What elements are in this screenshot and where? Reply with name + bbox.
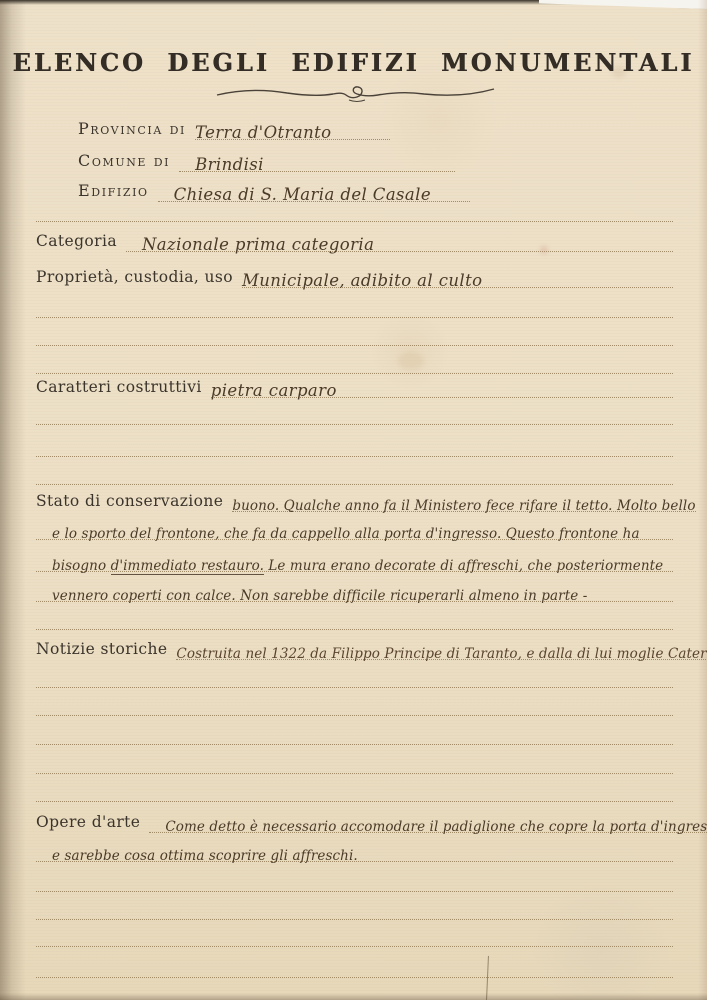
dotted-rule: [36, 705, 673, 716]
blank-rule: [36, 925, 673, 947]
stato-value-1: buono. Qualche anno fa il Ministero fece…: [232, 498, 695, 514]
opere-line-1: Come detto è necessario accomodare il pa…: [149, 819, 707, 833]
opere-value-1: Come detto è necessario accomodare il pa…: [149, 819, 707, 835]
provincia-value: Terra d'Otranto: [195, 123, 332, 142]
dotted-rule: [36, 211, 673, 222]
notizie-value: Costruita nel 1322 da Filippo Principe d…: [176, 646, 707, 662]
blank-rule: [36, 296, 673, 318]
field-notizie: Notizie storiche Costruita nel 1322 da F…: [36, 634, 673, 660]
caratteri-label: Caratteri costruttivi: [36, 378, 202, 398]
blank-rule: [36, 870, 673, 892]
dotted-rule: [36, 446, 673, 457]
stato-line-1: buono. Qualche anno fa il Ministero fece…: [232, 498, 695, 512]
categoria-value: Nazionale prima categoria: [126, 235, 374, 254]
opere-label: Opere d'arte: [36, 813, 140, 833]
notizie-label: Notizie storiche: [36, 640, 167, 660]
dotted-rule: [36, 909, 673, 920]
dotted-rule: [36, 474, 673, 485]
stato-value-2: e lo sporto del frontone, che fa da capp…: [36, 526, 640, 542]
dotted-rule: [36, 967, 673, 978]
document-page: ELENCO DEGLI EDIFIZI MONUMENTALI Provinc…: [0, 0, 707, 1000]
blank-rule: [36, 956, 673, 978]
proprieta-label: Proprietà, custodia, uso: [36, 268, 233, 288]
stato-value-3-post: Le mura erano decorate di affreschi, che…: [264, 558, 663, 574]
edifizio-label: Edifizio: [78, 181, 149, 202]
dotted-rule: [36, 677, 673, 688]
blank-rule: [36, 200, 673, 222]
dotted-rule: [36, 307, 673, 318]
stato-value-3: bisogno d'immediato restauro. Le mura er…: [36, 558, 663, 574]
field-categoria: Categoria Nazionale prima categoria: [36, 226, 673, 252]
field-opere: Opere d'arte Come detto è necessario acc…: [36, 807, 673, 833]
blank-rule: [36, 723, 673, 745]
blank-rule: [36, 666, 673, 688]
blank-rule: [36, 752, 673, 774]
field-stato-cont: bisogno d'immediato restauro. Le mura er…: [36, 546, 673, 572]
comune-label: Comune di: [78, 151, 170, 172]
dotted-rule: [36, 619, 673, 630]
blank-rule: [36, 694, 673, 716]
comune-line: Brindisi: [179, 155, 455, 172]
flourish-icon: [209, 84, 499, 106]
field-stato-cont: vennero coperti con calce. Non sarebbe d…: [36, 576, 673, 602]
dotted-rule: [36, 881, 673, 892]
dotted-rule: [36, 791, 673, 802]
caratteri-line: pietra carparo: [211, 381, 673, 398]
blank-rule: [36, 352, 673, 374]
categoria-line: Nazionale prima categoria: [126, 235, 673, 252]
stato-line-3: bisogno d'immediato restauro. Le mura er…: [36, 558, 673, 572]
scan-edge-bottom: [0, 993, 707, 1000]
blank-rule: [36, 898, 673, 920]
blank-rule: [36, 324, 673, 346]
dotted-rule: [36, 936, 673, 947]
categoria-label: Categoria: [36, 232, 117, 252]
stato-value-3-pre: bisogno: [52, 558, 111, 574]
field-stato: Stato di conservazione buono. Qualche an…: [36, 486, 673, 512]
blank-rule: [36, 435, 673, 457]
proprieta-line: Municipale, adibito al culto: [242, 271, 673, 288]
dotted-rule: [36, 763, 673, 774]
blank-rule: [36, 608, 673, 630]
stato-line-4: vennero coperti con calce. Non sarebbe d…: [36, 588, 673, 602]
notizie-line: Costruita nel 1322 da Filippo Principe d…: [176, 646, 707, 660]
stato-label: Stato di conservazione: [36, 492, 223, 512]
caratteri-value: pietra carparo: [211, 381, 337, 400]
field-edifizio: Edifizio Chiesa di S. Maria del Casale: [78, 176, 470, 202]
stato-line-2: e lo sporto del frontone, che fa da capp…: [36, 526, 673, 540]
dotted-rule: [36, 414, 673, 425]
opere-value-2: e sarebbe cosa ottima scoprire gli affre…: [36, 848, 358, 864]
field-comune: Comune di Brindisi: [78, 146, 455, 172]
stato-value-3-underlined: d'immediato restauro.: [111, 558, 264, 575]
provincia-line: Terra d'Otranto: [195, 123, 390, 140]
blank-rule: [36, 463, 673, 485]
field-caratteri: Caratteri costruttivi pietra carparo: [36, 372, 673, 398]
dotted-rule: [36, 335, 673, 346]
scan-gutter-shadow: [0, 0, 26, 1000]
opere-line-2: e sarebbe cosa ottima scoprire gli affre…: [36, 848, 673, 862]
blank-rule: [36, 780, 673, 802]
field-opere-cont: e sarebbe cosa ottima scoprire gli affre…: [36, 836, 673, 862]
field-stato-cont: e lo sporto del frontone, che fa da capp…: [36, 514, 673, 540]
flourish-ornament: [0, 84, 707, 110]
dotted-rule: [36, 734, 673, 745]
scan-edge-right: [698, 0, 707, 1000]
blank-rule: [36, 403, 673, 425]
field-provincia: Provincia di Terra d'Otranto: [78, 114, 390, 140]
provincia-label: Provincia di: [78, 119, 186, 140]
comune-value: Brindisi: [179, 155, 264, 174]
page-title: ELENCO DEGLI EDIFIZI MONUMENTALI: [0, 48, 707, 77]
proprieta-value: Municipale, adibito al culto: [242, 271, 482, 290]
stato-value-4: vennero coperti con calce. Non sarebbe d…: [36, 588, 587, 604]
field-proprieta: Proprietà, custodia, uso Municipale, adi…: [36, 262, 673, 288]
